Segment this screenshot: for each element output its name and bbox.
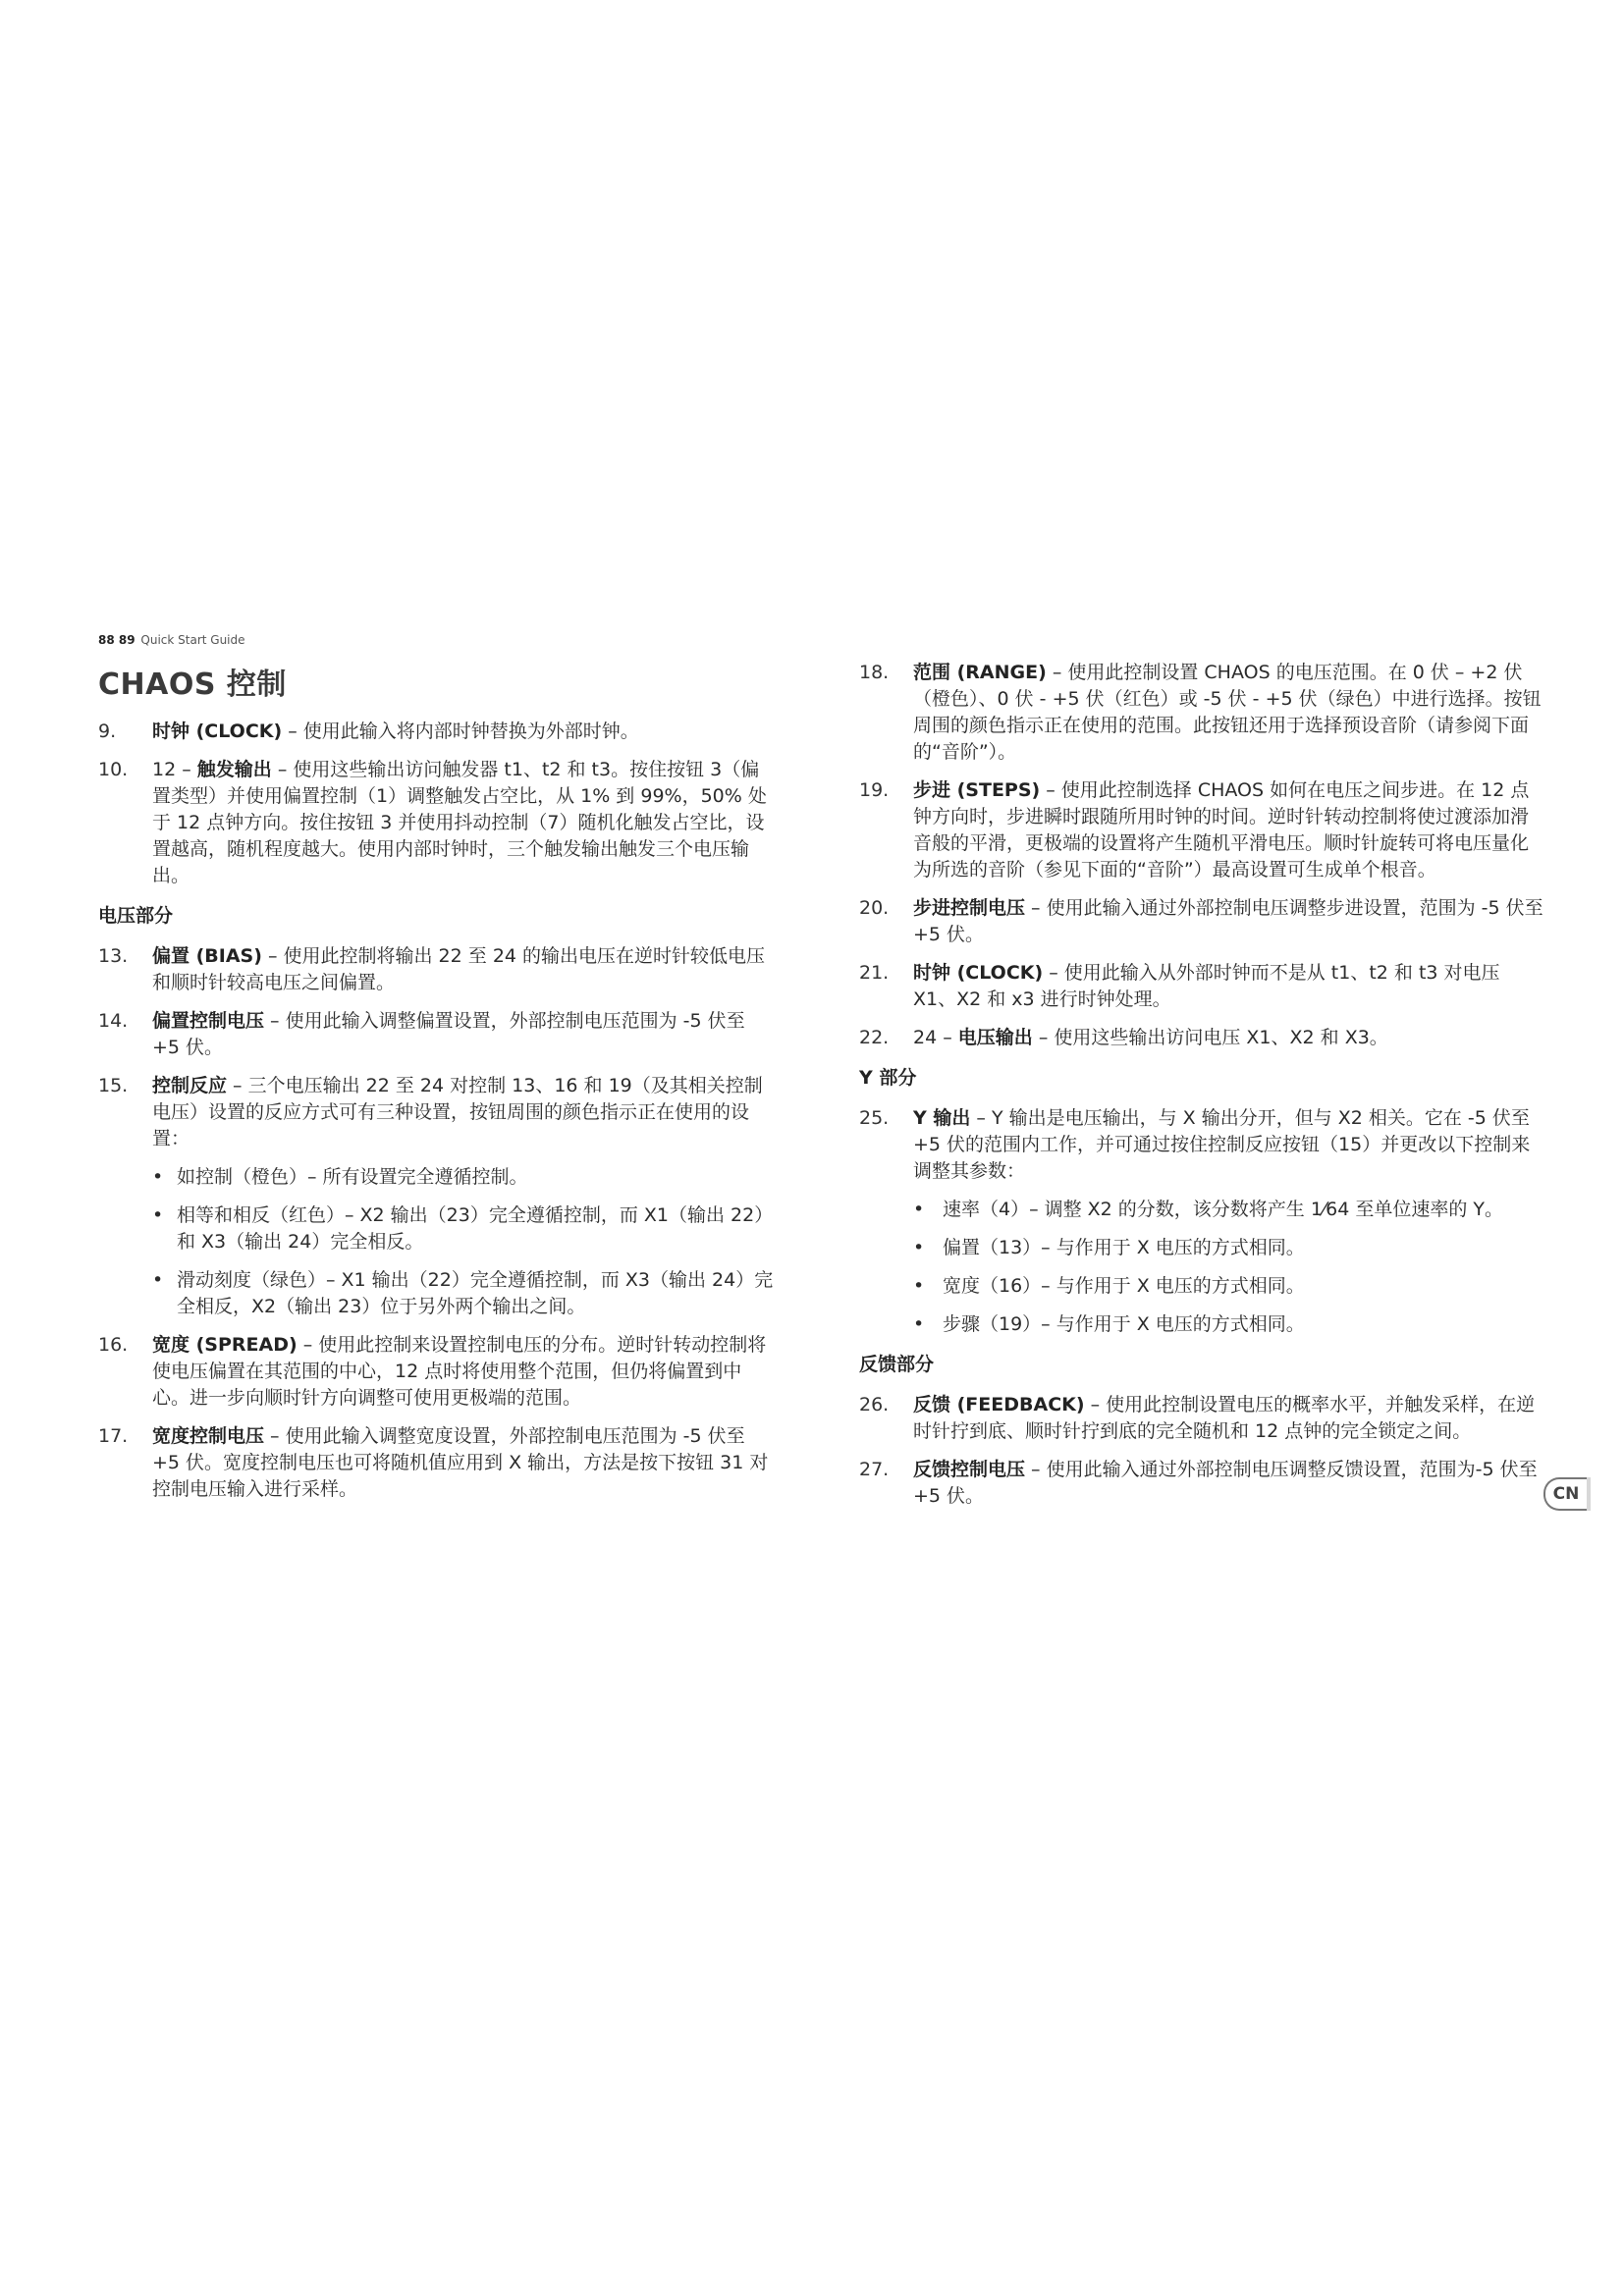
item-number: 22. [859, 1025, 889, 1051]
section-heading-voltage: 电压部分 [98, 903, 776, 930]
item-number: 13. [98, 943, 128, 970]
list-item-16: 16. 宽度 (SPREAD) – 使用此控制来设置控制电压的分布。逆时针转动控… [98, 1332, 776, 1412]
list-item-10: 10. 12 – 触发输出 – 使用这些输出访问触发器 t1、t2 和 t3。按… [98, 757, 776, 889]
bullet-item: •步骤（19）– 与作用于 X 电压的方式相同。 [913, 1311, 1546, 1338]
list-item-13: 13. 偏置 (BIAS) – 使用此控制将输出 22 至 24 的输出电压在逆… [98, 943, 776, 996]
page-numbers: 88 89 [98, 633, 135, 647]
bullet-icon: • [913, 1197, 924, 1223]
page-title: CHAOS 控制 [98, 660, 287, 703]
bullet-text: 步骤（19）– 与作用于 X 电压的方式相同。 [943, 1313, 1305, 1335]
list-item-17: 17. 宽度控制电压 – 使用此输入调整宽度设置，外部控制电压范围为 -5 伏至… [98, 1423, 776, 1503]
item-number: 20. [859, 895, 889, 922]
list-item-18: 18. 范围 (RANGE) – 使用此控制设置 CHAOS 的电压范围。在 0… [859, 660, 1546, 766]
bullet-list-y-params: •速率（4）– 调整 X2 的分数，该分数将产生 1⁄64 至单位速率的 Y。 … [913, 1197, 1546, 1338]
item-term: 步进 (STEPS) [913, 779, 1040, 801]
bullet-text: 如控制（橙色）– 所有设置完全遵循控制。 [177, 1166, 528, 1188]
section-heading-feedback: 反馈部分 [859, 1352, 1546, 1378]
language-tab-badge: CN [1543, 1477, 1587, 1511]
item-number: 26. [859, 1392, 889, 1418]
item-term: 电压输出 [958, 1027, 1033, 1048]
item-text: – Y 输出是电压输出，与 X 输出分开，但与 X2 相关。它在 -5 伏至 +… [913, 1107, 1530, 1182]
item-term: 宽度 (SPREAD) [152, 1334, 298, 1356]
item-text: – 使用这些输出访问电压 X1、X2 和 X3。 [1033, 1027, 1388, 1048]
bullet-icon: • [913, 1311, 924, 1338]
item-term: 时钟 (CLOCK) [913, 962, 1043, 984]
bullet-item: •宽度（16）– 与作用于 X 电压的方式相同。 [913, 1273, 1546, 1300]
bullet-text: 偏置（13）– 与作用于 X 电压的方式相同。 [943, 1237, 1305, 1258]
item-term: 触发输出 [197, 759, 272, 780]
item-term: 控制反应 [152, 1075, 227, 1096]
bullet-item: •如控制（橙色）– 所有设置完全遵循控制。 [152, 1164, 776, 1191]
bullet-text: 宽度（16）– 与作用于 X 电压的方式相同。 [943, 1275, 1305, 1297]
item-term: 偏置控制电压 [152, 1010, 264, 1032]
item-term: 范围 (RANGE) [913, 662, 1047, 683]
left-column: 9. 时钟 (CLOCK) – 使用此输入将内部时钟替换为外部时钟。 10. 1… [98, 719, 776, 1515]
item-term: 时钟 (CLOCK) [152, 721, 282, 742]
bullet-item: •速率（4）– 调整 X2 的分数，该分数将产生 1⁄64 至单位速率的 Y。 [913, 1197, 1546, 1223]
bullet-item: •偏置（13）– 与作用于 X 电压的方式相同。 [913, 1235, 1546, 1261]
item-number: 17. [98, 1423, 128, 1450]
item-prefix: 12 – [152, 759, 197, 780]
bullet-icon: • [913, 1235, 924, 1261]
item-number: 10. [98, 757, 128, 783]
item-number: 14. [98, 1008, 128, 1035]
guide-title: Quick Start Guide [140, 633, 244, 647]
item-number: 21. [859, 960, 889, 987]
bullet-icon: • [152, 1267, 163, 1294]
bullet-item: •滑动刻度（绿色）– X1 输出（22）完全遵循控制，而 X3（输出 24）完全… [152, 1267, 776, 1320]
section-heading-y: Y 部分 [859, 1065, 1546, 1092]
item-number: 15. [98, 1073, 128, 1099]
bullet-item: •相等和相反（红色）– X2 输出（23）完全遵循控制，而 X1（输出 22）和… [152, 1202, 776, 1255]
item-term: 步进控制电压 [913, 897, 1025, 919]
item-number: 18. [859, 660, 889, 686]
item-number: 16. [98, 1332, 128, 1359]
item-text: – 使用此输入将内部时钟替换为外部时钟。 [282, 721, 639, 742]
item-text: – 三个电压输出 22 至 24 对控制 13、16 和 19（及其相关控制电压… [152, 1075, 763, 1149]
list-item-15: 15. 控制反应 – 三个电压输出 22 至 24 对控制 13、16 和 19… [98, 1073, 776, 1152]
item-number: 27. [859, 1457, 889, 1483]
list-item-14: 14. 偏置控制电压 – 使用此输入调整偏置设置，外部控制电压范围为 -5 伏至… [98, 1008, 776, 1061]
item-term: 反馈 (FEEDBACK) [913, 1394, 1085, 1415]
bullet-text: 滑动刻度（绿色）– X1 输出（22）完全遵循控制，而 X3（输出 24）完全相… [177, 1269, 773, 1317]
item-prefix: 24 – [913, 1027, 958, 1048]
bullet-icon: • [152, 1164, 163, 1191]
list-item-9: 9. 时钟 (CLOCK) – 使用此输入将内部时钟替换为外部时钟。 [98, 719, 776, 745]
list-item-21: 21. 时钟 (CLOCK) – 使用此输入从外部时钟而不是从 t1、t2 和 … [859, 960, 1546, 1013]
bullet-icon: • [152, 1202, 163, 1229]
item-number: 25. [859, 1105, 889, 1132]
list-item-25: 25. Y 输出 – Y 输出是电压输出，与 X 输出分开，但与 X2 相关。它… [859, 1105, 1546, 1185]
item-number: 9. [98, 719, 116, 745]
bullet-list-control-response: •如控制（橙色）– 所有设置完全遵循控制。 •相等和相反（红色）– X2 输出（… [152, 1164, 776, 1320]
item-term: 偏置 (BIAS) [152, 945, 262, 967]
running-header: 88 89 Quick Start Guide [98, 633, 245, 647]
list-item-19: 19. 步进 (STEPS) – 使用此控制选择 CHAOS 如何在电压之间步进… [859, 777, 1546, 883]
item-term: Y 输出 [913, 1107, 970, 1129]
bullet-text: 速率（4）– 调整 X2 的分数，该分数将产生 1⁄64 至单位速率的 Y。 [943, 1199, 1503, 1220]
list-item-27: 27. 反馈控制电压 – 使用此输入通过外部控制电压调整反馈设置，范围为-5 伏… [859, 1457, 1546, 1510]
item-term: 宽度控制电压 [152, 1425, 264, 1447]
item-term: 反馈控制电压 [913, 1459, 1025, 1480]
list-item-26: 26. 反馈 (FEEDBACK) – 使用此控制设置电压的概率水平，并触发采样… [859, 1392, 1546, 1445]
list-item-20: 20. 步进控制电压 – 使用此输入通过外部控制电压调整步进设置，范围为 -5 … [859, 895, 1546, 948]
bullet-icon: • [913, 1273, 924, 1300]
list-item-22: 22. 24 – 电压输出 – 使用这些输出访问电压 X1、X2 和 X3。 [859, 1025, 1546, 1051]
bullet-text: 相等和相反（红色）– X2 输出（23）完全遵循控制，而 X1（输出 22）和 … [177, 1204, 773, 1253]
item-number: 19. [859, 777, 889, 804]
right-column: 18. 范围 (RANGE) – 使用此控制设置 CHAOS 的电压范围。在 0… [859, 660, 1546, 1522]
